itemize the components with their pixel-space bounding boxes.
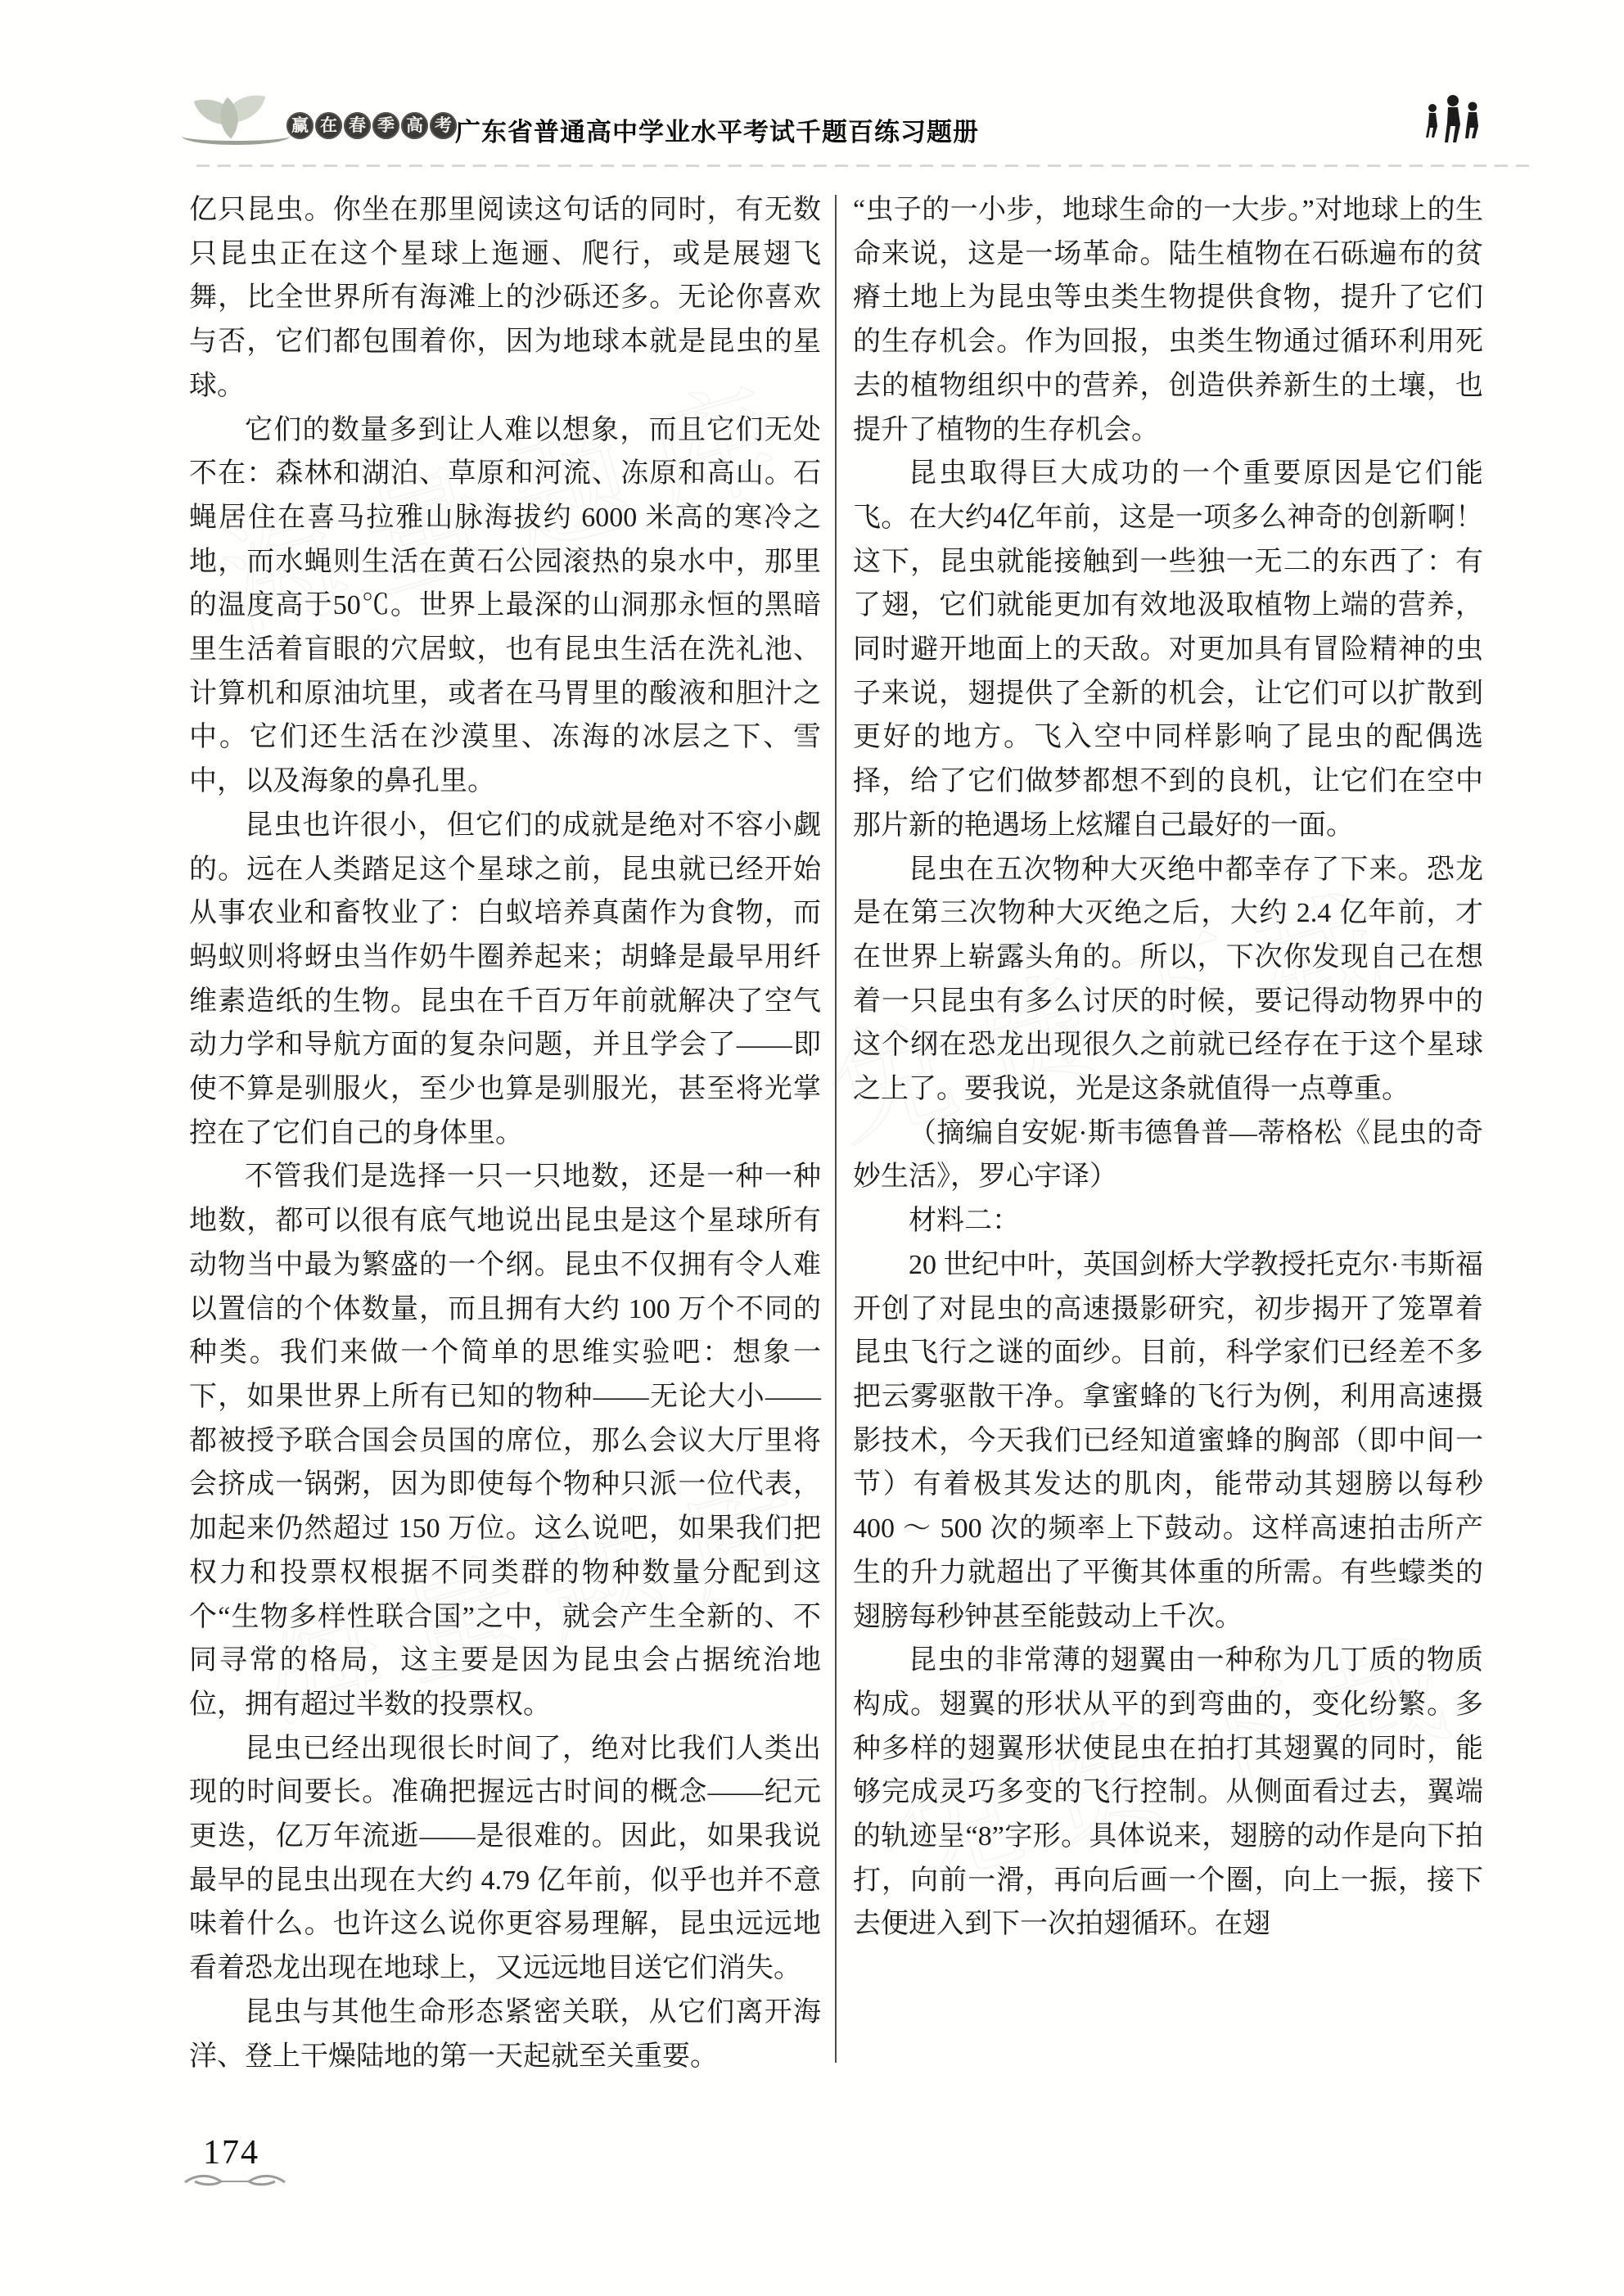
series-badge-character: 季 [372, 112, 399, 139]
series-badge-character: 高 [401, 112, 428, 139]
book-title: 广东省普通高中学业水平考试千题百练习题册 [455, 111, 979, 148]
paragraph: 亿只昆虫。你坐在那里阅读这句话的同时，有无数只昆虫正在这个星球上迤逦、爬行，或是… [189, 188, 821, 408]
paragraph: 不管我们是选择一只一只地数，还是一种一种地数，都可以很有底气地说出昆虫是这个星球… [189, 1155, 821, 1726]
series-badge-character: 在 [315, 112, 342, 139]
logo-swoosh [182, 128, 290, 145]
paragraph: 昆虫取得巨大成功的一个重要原因是它们能飞。在大约4亿年前，这是一项多么神奇的创新… [853, 452, 1483, 847]
paragraph: （摘编自安妮·斯韦德鲁普—蒂格松《昆虫的奇妙生活》，罗心宇译） [853, 1112, 1483, 1199]
series-badge-character: 考 [430, 112, 457, 139]
series-badge-character: 赢 [286, 112, 314, 139]
right-column: “虫子的一小步，地球生命的一大步。”对地球上的生命来说，这是一场革命。陆生植物在… [853, 188, 1483, 1946]
page-number: 174 [203, 2133, 259, 2172]
paragraph: 它们的数量多到让人难以想象，而且它们无处不在：森林和湖泊、草原和河流、冻原和高山… [189, 408, 821, 804]
paragraph: 昆虫已经出现很长时间了，绝对比我们人类出现的时间要长。准确把握远古时间的概念——… [189, 1727, 821, 1991]
publisher-logo [187, 88, 289, 154]
left-column: 亿只昆虫。你坐在那里阅读这句话的同时，有无数只昆虫正在这个星球上迤逦、爬行，或是… [189, 188, 821, 2078]
paragraph: 材料二： [853, 1199, 1483, 1243]
paragraph: 昆虫在五次物种大灭绝中都幸存了下来。恐龙是在第三次物种大灭绝之后，大约 2.4 … [853, 848, 1483, 1112]
paragraph: 昆虫与其他生命形态紧密关联，从它们离开海洋、登上干燥陆地的第一天起就至关重要。 [189, 1991, 821, 2078]
paragraph: 20 世纪中叶，英国剑桥大学教授托克尔·韦斯福开创了对昆虫的高速摄影研究，初步揭… [853, 1243, 1483, 1639]
column-divider [835, 195, 837, 2063]
paragraph: 昆虫的非常薄的翅翼由一种称为几丁质的物质构成。翅翼的形状从平的到弯曲的，变化纷繁… [853, 1639, 1483, 1946]
header-divider [196, 165, 1531, 167]
page: 海量题库 免费下载 海量题库 免费下载 赢在春季高考 广东省普通高中学业水平考试… [0, 0, 1624, 2296]
footer-ornament [182, 2171, 288, 2195]
paragraph: 昆虫也许很小，但它们的成就是绝对不容小觑的。远在人类踏足这个星球之前，昆虫就已经… [189, 804, 821, 1156]
series-badge-character: 春 [344, 112, 371, 139]
paragraph: “虫子的一小步，地球生命的一大步。”对地球上的生命来说，这是一场革命。陆生植物在… [853, 188, 1483, 452]
series-badge: 赢在春季高考 [286, 112, 457, 139]
runners-icon [1421, 95, 1485, 153]
